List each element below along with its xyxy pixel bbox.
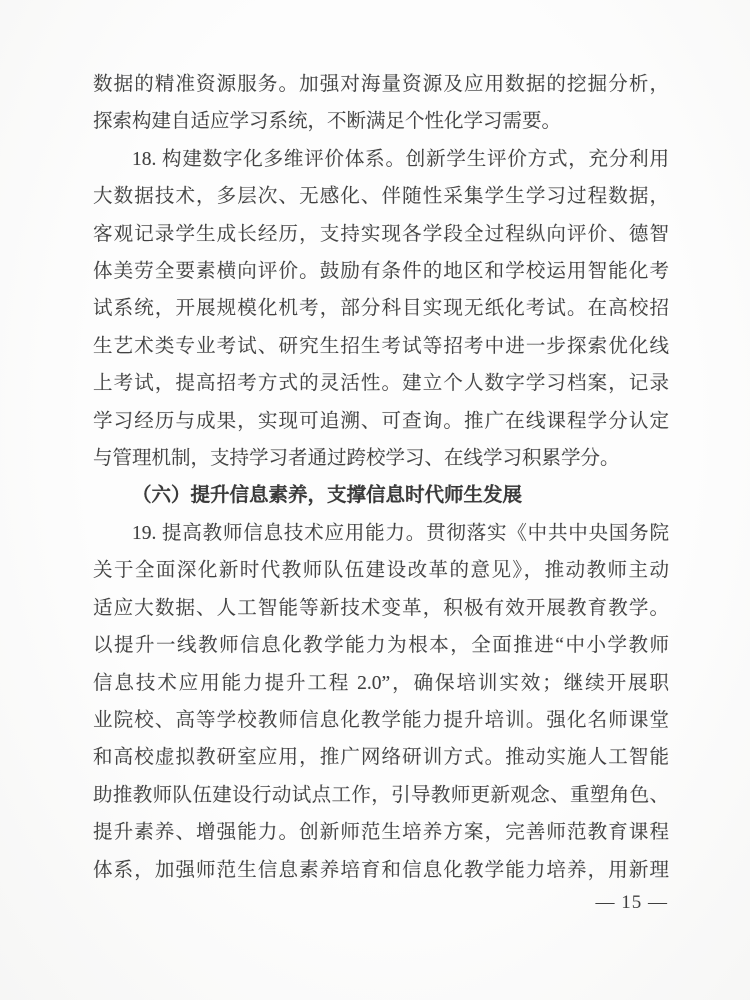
text-line: 体系，加强师范生信息素养培育和信息化教学能力培养，用新理 [93,852,669,889]
section-heading: （六）提升信息素养，支撑信息时代师生发展 [93,477,669,514]
page-number: — 15 — [596,892,669,914]
text-line: 生艺术类专业考试、研究生招生考试等招考中进一步探索优化线 [93,328,669,365]
text-line: 学习经历与成果，实现可追溯、可查询。推广在线课程学分认定 [93,403,669,440]
text-line: 和高校虚拟教研室应用，推广网络研训方式。推动实施人工智能 [93,739,669,776]
text-line: 业院校、高等学校教师信息化教学能力提升培训。强化名师课堂 [93,702,669,739]
document-page: 数据的精准资源服务。加强对海量资源及应用数据的挖掘分析，探索构建自适应学习系统，… [0,0,750,1000]
document-body: 数据的精准资源服务。加强对海量资源及应用数据的挖掘分析，探索构建自适应学习系统，… [93,66,669,889]
text-line: 数据的精准资源服务。加强对海量资源及应用数据的挖掘分析， [93,66,669,103]
text-line: 体美劳全要素横向评价。鼓励有条件的地区和学校运用智能化考 [93,253,669,290]
text-line: 19. 提高教师信息技术应用能力。贯彻落实《中共中央国务院 [93,515,669,552]
text-line: 关于全面深化新时代教师队伍建设改革的意见》，推动教师主动 [93,552,669,589]
text-line: 以提升一线教师信息化教学能力为根本，全面推进“中小学教师 [93,627,669,664]
text-line: 上考试，提高招考方式的灵活性。建立个人数字学习档案，记录 [93,365,669,402]
text-line: 18. 构建数字化多维评价体系。创新学生评价方式，充分利用 [93,141,669,178]
text-line: 提升素养、增强能力。创新师范生培养方案，完善师范教育课程 [93,814,669,851]
text-line: 大数据技术，多层次、无感化、伴随性采集学生学习过程数据， [93,178,669,215]
text-line: 客观记录学生成长经历，支持实现各学段全过程纵向评价、德智 [93,216,669,253]
text-line: 探索构建自适应学习系统，不断满足个性化学习需要。 [93,103,669,140]
text-line: 适应大数据、人工智能等新技术变革，积极有效开展教育教学。 [93,590,669,627]
text-line: 与管理机制，支持学习者通过跨校学习、在线学习积累学分。 [93,440,669,477]
text-line: 试系统，开展规模化机考，部分科目实现无纸化考试。在高校招 [93,290,669,327]
text-line: 助推教师队伍建设行动试点工作，引导教师更新观念、重塑角色、 [93,777,669,814]
text-line: 信息技术应用能力提升工程 2.0”，确保培训实效；继续开展职 [93,665,669,702]
